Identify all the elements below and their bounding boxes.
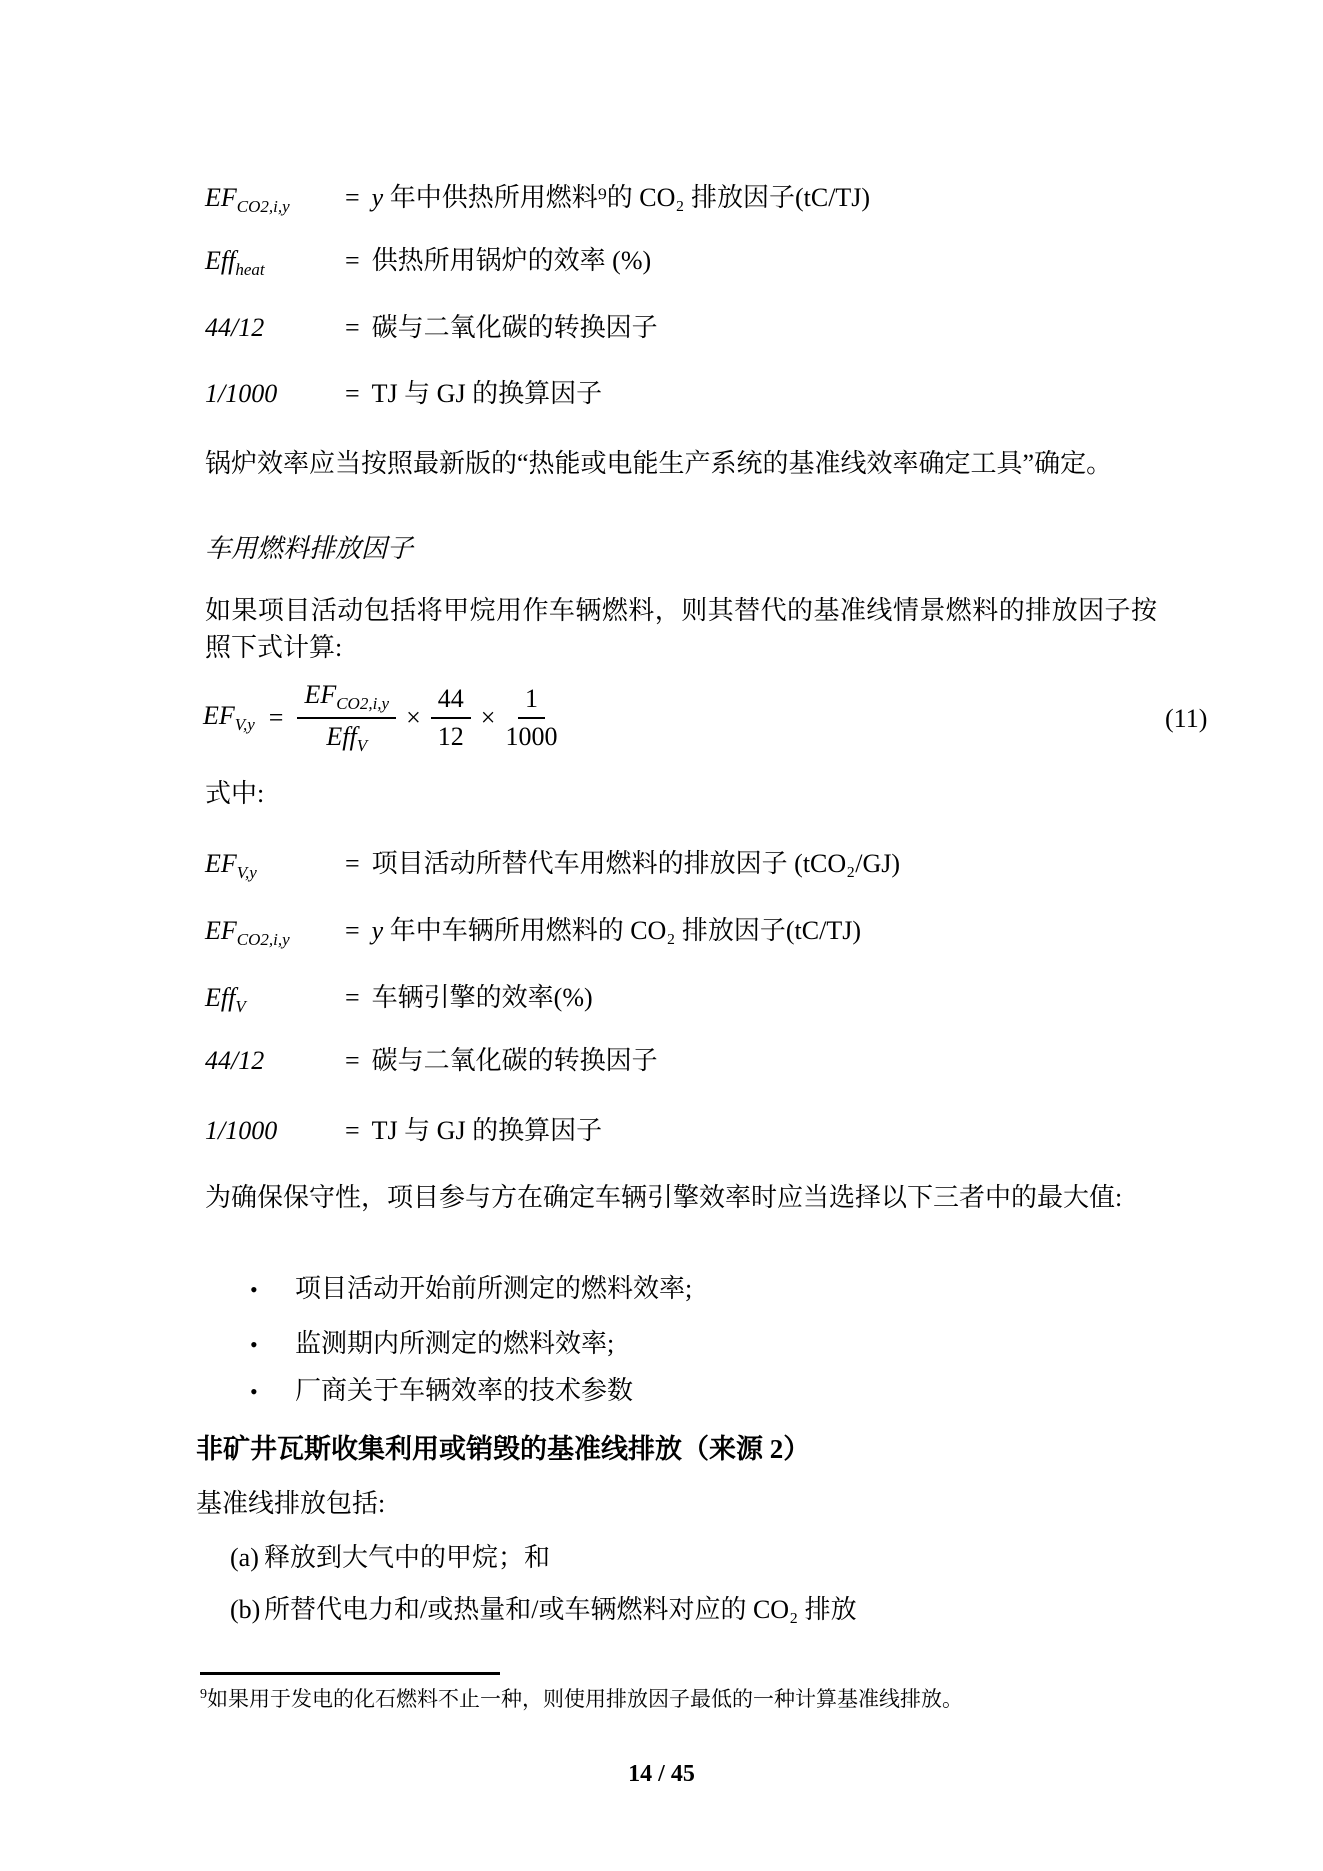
term-symbol: Effheat	[205, 242, 345, 288]
bullet-text: 项目活动开始前所测定的燃料效率;	[295, 1270, 692, 1307]
footnote: 9如果用于发电的化石燃料不止一种，则使用排放因子最低的一种计算基准线排放。	[200, 1680, 1160, 1714]
definition-lead: y	[372, 916, 384, 945]
term-main: 1/1000	[205, 1116, 277, 1145]
fraction-numerator: 1	[518, 684, 545, 719]
term-subscript: V,y	[237, 863, 257, 882]
paragraph-conservativeness: 为确保保守性，项目参与方在确定车辆引擎效率时应当选择以下三者中的最大值:	[205, 1179, 1157, 1216]
term-main: Eff	[205, 983, 235, 1012]
term-main: EF	[205, 849, 237, 878]
equals-sign: =	[345, 375, 360, 412]
definition-row: 1/1000 = TJ 与 GJ 的换算因子	[205, 375, 1205, 421]
definition-row: Effheat = 供热所用锅炉的效率 (%)	[205, 242, 1205, 288]
paragraph-baseline-includes: 基准线排放包括:	[196, 1485, 385, 1522]
denominator-subscript: V	[357, 736, 367, 755]
definition-text: 项目活动所替代车用燃料的排放因子 (tCO₂/GJ)	[372, 845, 1205, 882]
bullet-icon: •	[250, 1326, 295, 1363]
definition-row: 44/12 = 碳与二氧化碳的转换因子	[205, 1042, 1205, 1088]
bullet-text: 厂商关于车辆效率的技术参数	[295, 1372, 633, 1409]
page-number: 14 / 45	[0, 1761, 1323, 1788]
definition-text: 碳与二氧化碳的转换因子	[372, 1042, 1205, 1079]
term-subscript: CO2,i,y	[237, 197, 290, 216]
multiplication-sign: ×	[406, 703, 421, 733]
definition-text: y 年中供热所用燃料⁹的 CO₂ 排放因子(tC/TJ)	[372, 179, 1205, 216]
equation-number: (11)	[1165, 700, 1207, 737]
term-subscript: heat	[235, 260, 264, 279]
formula-equals: =	[269, 703, 284, 733]
paragraph-boiler-efficiency: 锅炉效率应当按照最新版的“热能或电能生产系统的基准线效率确定工具”确定。	[205, 445, 1157, 482]
equals-sign: =	[345, 242, 360, 279]
list-item: (b) 所替代电力和/或热量和/或车辆燃料对应的 CO₂ 排放	[230, 1591, 1180, 1628]
term-subscript: V	[235, 997, 245, 1016]
definition-text: 车辆引擎的效率(%)	[372, 979, 1205, 1016]
definition-body: 供热所用锅炉的效率 (%)	[372, 246, 651, 275]
equals-sign: =	[345, 979, 360, 1016]
fraction-denominator: 12	[438, 719, 464, 752]
fraction-1-1000: 1 1000	[505, 684, 557, 752]
term-symbol: EFCO2,i,y	[205, 179, 345, 225]
list-item: (a) 释放到大气中的甲烷；和	[230, 1539, 1180, 1576]
term-subscript: CO2,i,y	[237, 930, 290, 949]
where-label: 式中:	[205, 775, 264, 812]
numerator-main: EF	[304, 680, 336, 709]
bullet-icon: •	[250, 1271, 295, 1308]
equals-sign: =	[345, 309, 360, 346]
bullet-item: • 监测期内所测定的燃料效率;	[250, 1325, 1150, 1363]
numerator-subscript: CO2,i,y	[336, 694, 389, 713]
fraction-ef-over-eff: EFCO2,i,y EffV	[297, 680, 396, 756]
definition-body: 车辆引擎的效率(%)	[372, 983, 593, 1012]
definition-text: 供热所用锅炉的效率 (%)	[372, 242, 1205, 279]
fraction-denominator: EffV	[326, 719, 367, 756]
term-main: 44/12	[205, 313, 264, 342]
equals-sign: =	[345, 1112, 360, 1149]
definition-text: y 年中车辆所用燃料的 CO₂ 排放因子(tC/TJ)	[372, 912, 1205, 949]
heading-vehicle-fuel-emission-factor: 车用燃料排放因子	[205, 530, 413, 567]
fraction-44-12: 44 12	[431, 684, 471, 752]
definition-text: 碳与二氧化碳的转换因子	[372, 309, 1205, 346]
fraction-denominator: 1000	[505, 719, 557, 752]
equals-sign: =	[345, 179, 360, 216]
term-symbol: 44/12	[205, 309, 345, 355]
fraction-numerator: EFCO2,i,y	[297, 680, 396, 719]
formula-lhs-main: EF	[203, 701, 235, 730]
term-symbol: EFV,y	[205, 845, 345, 891]
term-symbol: 1/1000	[205, 375, 345, 421]
footnote-separator	[200, 1672, 500, 1675]
definition-body: TJ 与 GJ 的换算因子	[372, 379, 602, 408]
term-main: 1/1000	[205, 379, 277, 408]
list-item-text: 所替代电力和/或热量和/或车辆燃料对应的 CO₂ 排放	[264, 1591, 857, 1628]
definition-text: TJ 与 GJ 的换算因子	[372, 375, 1205, 412]
equals-sign: =	[345, 1042, 360, 1079]
formula-lhs-subscript: V,y	[235, 715, 255, 734]
term-symbol: EFCO2,i,y	[205, 912, 345, 958]
definition-body: 项目活动所替代车用燃料的排放因子 (tCO₂/GJ)	[372, 849, 900, 878]
term-symbol: EffV	[205, 979, 345, 1025]
term-main: Eff	[205, 246, 235, 275]
definition-body: 碳与二氧化碳的转换因子	[372, 313, 658, 342]
definition-text: TJ 与 GJ 的换算因子	[372, 1112, 1205, 1149]
paragraph-vehicle-fuel-intro: 如果项目活动包括将甲烷用作车辆燃料，则其替代的基准线情景燃料的排放因子按照下式计…	[205, 592, 1157, 666]
term-main: EF	[205, 916, 237, 945]
bullet-item: • 项目活动开始前所测定的燃料效率;	[250, 1270, 1150, 1308]
definition-row: 1/1000 = TJ 与 GJ 的换算因子	[205, 1112, 1205, 1158]
definition-body: 年中车辆所用燃料的 CO₂ 排放因子(tC/TJ)	[383, 916, 861, 945]
bullet-text: 监测期内所测定的燃料效率;	[295, 1325, 614, 1362]
formula-lhs: EFV,y	[203, 701, 255, 735]
definition-row: EFCO2,i,y = y 年中供热所用燃料⁹的 CO₂ 排放因子(tC/TJ)	[205, 179, 1205, 225]
fraction-numerator: 44	[431, 684, 471, 719]
equals-sign: =	[345, 845, 360, 882]
footnote-marker: 9	[200, 1687, 207, 1702]
definition-row: EFV,y = 项目活动所替代车用燃料的排放因子 (tCO₂/GJ)	[205, 845, 1205, 891]
definition-row: EFCO2,i,y = y 年中车辆所用燃料的 CO₂ 排放因子(tC/TJ)	[205, 912, 1205, 958]
equals-sign: =	[345, 912, 360, 949]
definition-body: 年中供热所用燃料⁹的 CO₂ 排放因子(tC/TJ)	[383, 183, 870, 212]
bullet-item: • 厂商关于车辆效率的技术参数	[250, 1372, 1150, 1410]
term-main: 44/12	[205, 1046, 264, 1075]
document-page: EFCO2,i,y = y 年中供热所用燃料⁹的 CO₂ 排放因子(tC/TJ)…	[0, 0, 1323, 1871]
definition-body: TJ 与 GJ 的换算因子	[372, 1116, 602, 1145]
definition-row: 44/12 = 碳与二氧化碳的转换因子	[205, 309, 1205, 355]
definition-row: EffV = 车辆引擎的效率(%)	[205, 979, 1205, 1025]
term-symbol: 1/1000	[205, 1112, 345, 1158]
formula-ef-vehicle: EFV,y = EFCO2,i,y EffV × 44 12 × 1 1000	[203, 680, 557, 756]
definition-body: 碳与二氧化碳的转换因子	[372, 1046, 658, 1075]
heading-non-mine-methane-baseline: 非矿井瓦斯收集利用或销毁的基准线排放（来源 2）	[196, 1431, 810, 1468]
footnote-text: 如果用于发电的化石燃料不止一种，则使用排放因子最低的一种计算基准线排放。	[207, 1687, 963, 1711]
bullet-icon: •	[250, 1373, 295, 1410]
denominator-main: Eff	[326, 722, 356, 751]
term-main: EF	[205, 183, 237, 212]
multiplication-sign: ×	[481, 703, 496, 733]
list-item-label: (a)	[230, 1539, 264, 1576]
term-symbol: 44/12	[205, 1042, 345, 1088]
list-item-text: 释放到大气中的甲烷；和	[264, 1539, 550, 1576]
list-item-label: (b)	[230, 1591, 264, 1628]
definition-lead: y	[372, 183, 384, 212]
